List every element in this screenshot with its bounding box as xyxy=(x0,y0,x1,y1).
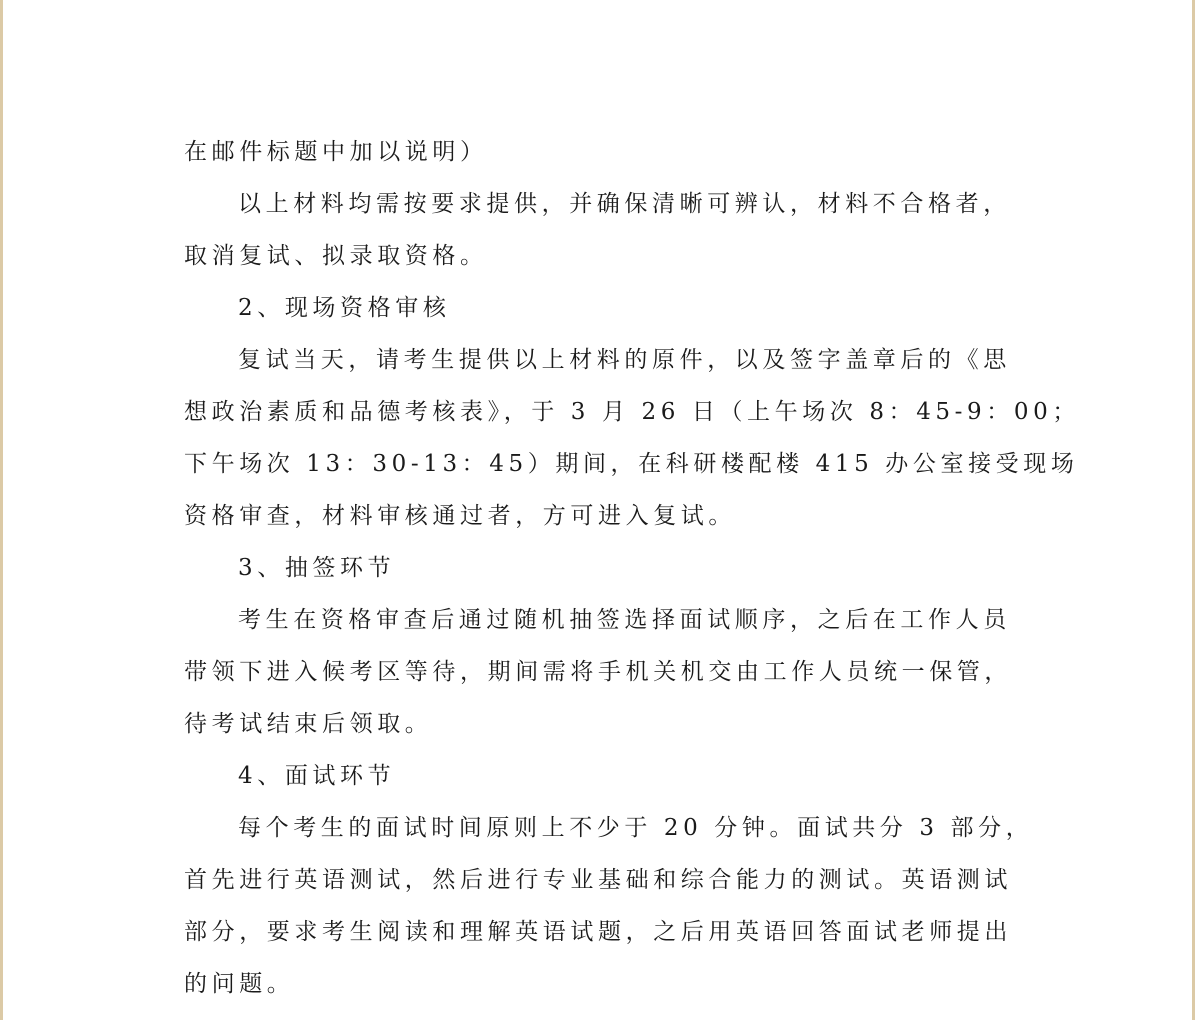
paragraph-line: 下午场次 13：30-13：45）期间，在科研楼配楼 415 办公室接受现场 xyxy=(184,438,1012,490)
paragraph-line-continuation: 在邮件标题中加以说明） xyxy=(184,126,1012,178)
paragraph-line: 首先进行英语测试，然后进行专业基础和综合能力的测试。英语测试 xyxy=(184,854,1012,906)
paragraph-line: 待考试结束后领取。 xyxy=(184,698,1012,750)
paragraph-line: 部分，要求考生阅读和理解英语试题，之后用英语回答面试老师提出 xyxy=(184,906,1012,958)
section-heading-onsite-review: 2、现场资格审核 xyxy=(184,282,1012,334)
paragraph-line: 取消复试、拟录取资格。 xyxy=(184,230,1012,282)
paragraph-lottery: 考生在资格审查后通过随机抽签选择面试顺序，之后在工作人员 xyxy=(184,594,1012,646)
paragraph-line: 资格审查，材料审核通过者，方可进入复试。 xyxy=(184,490,1012,542)
section-heading-lottery: 3、抽签环节 xyxy=(184,542,1012,594)
page-edge-left xyxy=(0,0,3,1020)
section-heading-interview: 4、面试环节 xyxy=(184,750,1012,802)
paragraph-line: 想政治素质和品德考核表》，于 3 月 26 日（上午场次 8：45-9：00； xyxy=(184,386,1012,438)
paragraph-materials-requirement: 以上材料均需按要求提供，并确保清晰可辨认，材料不合格者， xyxy=(184,178,1012,230)
document-body: 在邮件标题中加以说明） 以上材料均需按要求提供，并确保清晰可辨认，材料不合格者，… xyxy=(184,126,1012,1010)
paragraph-interview: 每个考生的面试时间原则上不少于 20 分钟。面试共分 3 部分， xyxy=(184,802,1012,854)
document-page: 在邮件标题中加以说明） 以上材料均需按要求提供，并确保清晰可辨认，材料不合格者，… xyxy=(0,0,1195,1020)
paragraph-onsite-review: 复试当天，请考生提供以上材料的原件，以及签字盖章后的《思 xyxy=(184,334,1012,386)
paragraph-line: 的问题。 xyxy=(184,958,1012,1010)
paragraph-line: 带领下进入候考区等待，期间需将手机关机交由工作人员统一保管， xyxy=(184,646,1012,698)
